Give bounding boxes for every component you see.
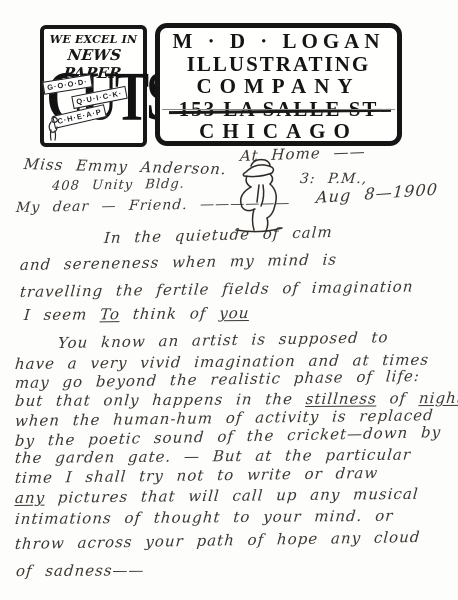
body-line: intimations of thought to your mind. or [14, 507, 394, 528]
body-line: and sereneness when my mind is [19, 250, 337, 274]
company-name-line1: M · D · LOGAN [160, 30, 397, 53]
scanned-letter-page: WE EXCEL IN NEWS PAPER CUTS G·O·O·D· Q·U… [0, 0, 458, 600]
figure-sketch-icon [226, 157, 298, 233]
company-city: CHICAGO [160, 120, 397, 143]
body-line: any pictures that will call up any music… [14, 485, 419, 507]
recipient-address: 408 Unity Bldg. [51, 177, 185, 194]
letterhead-company-box: M · D · LOGAN ILLUSTRATING COMPANY 153 L… [155, 23, 402, 146]
body-line: I seem To think of you [23, 304, 250, 324]
strike-rule [162, 109, 395, 110]
body-line: throw across your path of hope any cloud [14, 528, 421, 553]
body-line: You know an artist is supposed to [57, 328, 389, 352]
body-line: of sadness—— [15, 561, 145, 580]
body-line: time I shall try not to write or draw [14, 464, 379, 487]
letterhead-badge: WE EXCEL IN NEWS PAPER CUTS G·O·O·D· Q·U… [40, 25, 147, 147]
company-name-line2: ILLUSTRATING [160, 53, 397, 76]
recipient-line: Miss Emmy Anderson. [23, 155, 228, 178]
tiny-figure-icon [46, 116, 62, 142]
body-line: In the quietude of calm [103, 223, 333, 247]
body-line: travelling the fertile fields of imagina… [19, 278, 414, 301]
badge-tagline-1: WE EXCEL IN [44, 33, 143, 46]
company-name-line3: COMPANY [160, 75, 397, 98]
